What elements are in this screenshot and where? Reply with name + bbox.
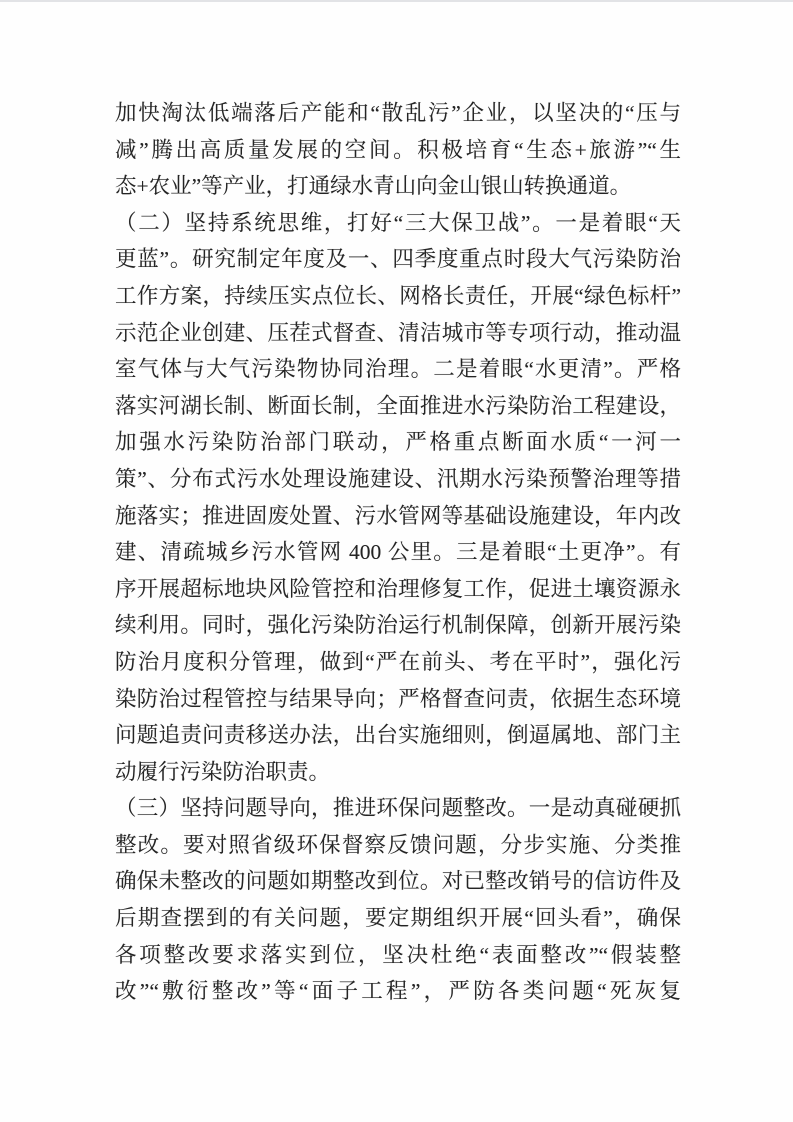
document-page: 加快淘汰低端落后产能和“散乱污”企业，以坚决的“压与 减”腾出高质量发展的空间。… (0, 0, 793, 1122)
scan-edge-artifact (0, 0, 793, 2)
text-line: 策”、分布式污水处理设施建设、汛期水污染预警治理等措 (115, 461, 681, 498)
text-line: 序开展超标地块风险管控和治理修复工作，促进土壤资源永 (115, 571, 681, 608)
text-line: 建、清疏城乡污水管网 400 公里。三是着眼“土更净”。有 (115, 534, 681, 571)
text-line: 室气体与大气污染物协同治理。二是着眼“水更清”。严格 (115, 351, 681, 388)
paragraph-section-three: （三）坚持问题导向，推进环保问题整改。一是动真碰硬抓 整改。要对照省级环保督察反… (115, 790, 681, 1010)
text-line: 动履行污染防治职责。 (115, 754, 681, 791)
text-line: 确保未整改的问题如期整改到位。对已整改销号的信访件及 (115, 863, 681, 900)
text-line: 工作方案，持续压实点位长、网格长责任，开展“绿色标杆” (115, 278, 681, 315)
text-line: 加快淘汰低端落后产能和“散乱污”企业，以坚决的“压与 (115, 95, 681, 132)
text-line: 后期查摆到的有关问题，要定期组织开展“回头看”，确保 (115, 900, 681, 937)
text-line: 加强水污染防治部门联动，严格重点断面水质“一河一 (115, 424, 681, 461)
text-line: 减”腾出高质量发展的空间。积极培育“生态+旅游”“生 (115, 132, 681, 169)
text-line: 落实河湖长制、断面长制，全面推进水污染防治工程建设， (115, 388, 681, 425)
text-line: 改”“敷衍整改”等“面子工程”，严防各类问题“死灰复 (115, 973, 681, 1010)
text-line: 防治月度积分管理，做到“严在前头、考在平时”，强化污 (115, 644, 681, 681)
paragraph-continuation: 加快淘汰低端落后产能和“散乱污”企业，以坚决的“压与 减”腾出高质量发展的空间。… (115, 95, 681, 205)
text-line: 示范企业创建、压茬式督查、清洁城市等专项行动，推动温 (115, 315, 681, 352)
text-line: 更蓝”。研究制定年度及一、四季度重点时段大气污染防治 (115, 241, 681, 278)
text-line: 续利用。同时，强化污染防治运行机制保障，创新开展污染 (115, 607, 681, 644)
text-line: （二）坚持系统思维，打好“三大保卫战”。一是着眼“天 (115, 205, 681, 242)
text-line: （三）坚持问题导向，推进环保问题整改。一是动真碰硬抓 (115, 790, 681, 827)
paragraph-section-two: （二）坚持系统思维，打好“三大保卫战”。一是着眼“天 更蓝”。研究制定年度及一、… (115, 205, 681, 791)
text-line: 问题追责问责移送办法，出台实施细则，倒逼属地、部门主 (115, 717, 681, 754)
text-line: 染防治过程管控与结果导向；严格督查问责，依据生态环境 (115, 681, 681, 718)
text-line: 态+农业”等产业，打通绿水青山向金山银山转换通道。 (115, 168, 681, 205)
text-line: 各项整改要求落实到位，坚决杜绝“表面整改”“假装整 (115, 937, 681, 974)
text-line: 施落实；推进固废处置、污水管网等基础设施建设，年内改 (115, 498, 681, 535)
text-line: 整改。要对照省级环保督察反馈问题，分步实施、分类推进， (115, 827, 681, 864)
document-text-block: 加快淘汰低端落后产能和“散乱污”企业，以坚决的“压与 减”腾出高质量发展的空间。… (115, 95, 681, 1010)
